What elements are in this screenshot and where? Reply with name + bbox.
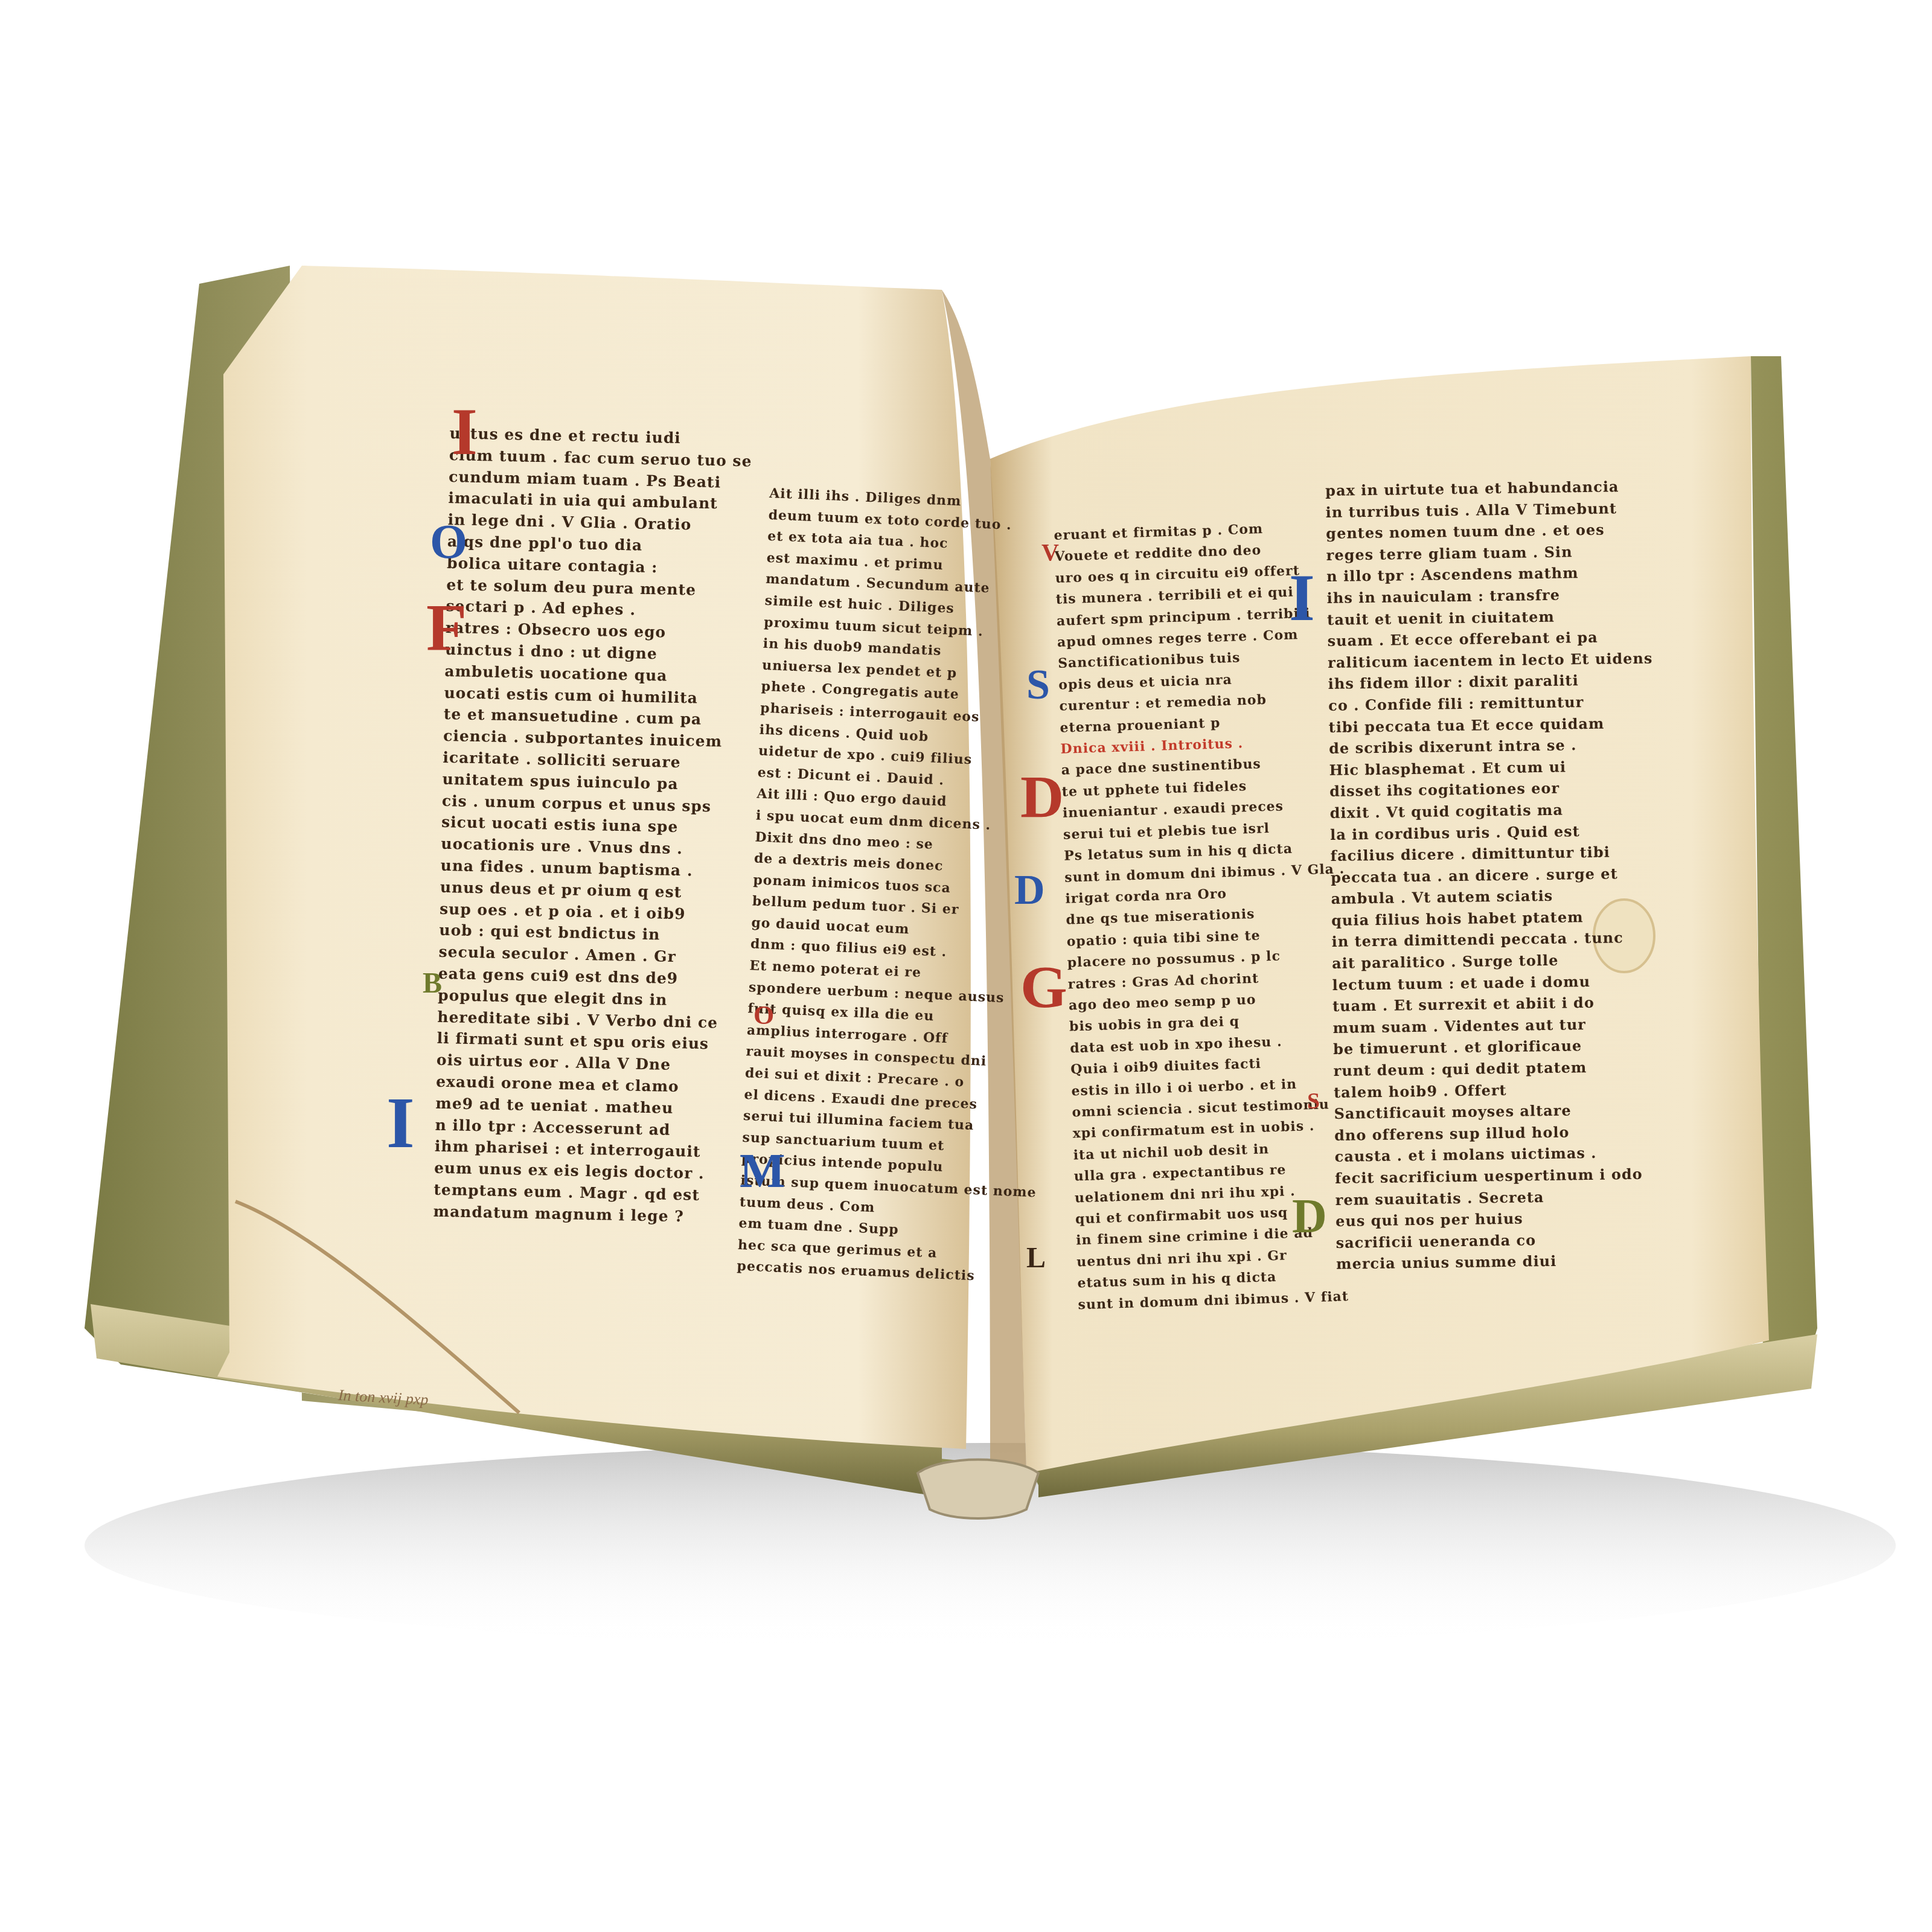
initial-letter-G: G <box>1020 957 1067 1017</box>
initial-letter-I: I <box>452 398 478 465</box>
initial-letter-L: L <box>1026 1244 1046 1273</box>
initial-letter-I: I <box>386 1087 415 1159</box>
text-line: de scribis dixerunt intra se . <box>1329 734 1613 760</box>
spine-headband <box>918 1460 1038 1519</box>
text-line: facilius dicere . dimittuntur tibi <box>1330 841 1614 866</box>
text-line: mercia unius summe diui <box>1336 1250 1620 1275</box>
right-page-column-2: pax in uirtute tua et habundancia in tur… <box>1325 476 1620 1275</box>
initial-letter-I: I <box>1289 565 1315 631</box>
initial-letter-B: B <box>423 969 442 998</box>
left-page-column-1: ustus es dne et rectu iudi cium tuum . f… <box>433 423 734 1228</box>
right-page-column-1: eruant et firmitas p . Com Vouete et red… <box>1054 517 1320 1316</box>
text-line: fecit sacrificium uespertinum i odo <box>1335 1163 1619 1189</box>
text-line: pax in uirtute tua et habundancia <box>1325 476 1609 501</box>
text-line: co . Confide fili : remittuntur <box>1328 691 1612 716</box>
initial-letter-O: O <box>430 518 467 566</box>
initial-letter-O: O <box>753 1002 774 1029</box>
initial-letter-D: D <box>1014 869 1045 912</box>
initial-letter-D: D <box>1292 1192 1327 1241</box>
text-line: runt deum : qui dedit ptatem <box>1333 1056 1617 1081</box>
initial-letter-F: F <box>426 595 467 661</box>
text-line: n illo tpr : Ascendens mathm <box>1326 562 1610 587</box>
initial-letter-D: D <box>1020 767 1064 827</box>
initial-letter-S: S <box>1026 664 1050 706</box>
initial-letter-V: V <box>1041 540 1059 565</box>
initial-letter-M: M <box>740 1147 785 1195</box>
open-book-illustration <box>0 0 1932 1932</box>
text-line: in terra dimittendi peccata . tunc <box>1331 927 1615 953</box>
initial-letter-S: S <box>1307 1090 1320 1113</box>
photo-stage: ustus es dne et rectu iudi cium tuum . f… <box>0 0 1932 1932</box>
text-line: peccata tua . an dicere . surge et <box>1331 863 1614 888</box>
